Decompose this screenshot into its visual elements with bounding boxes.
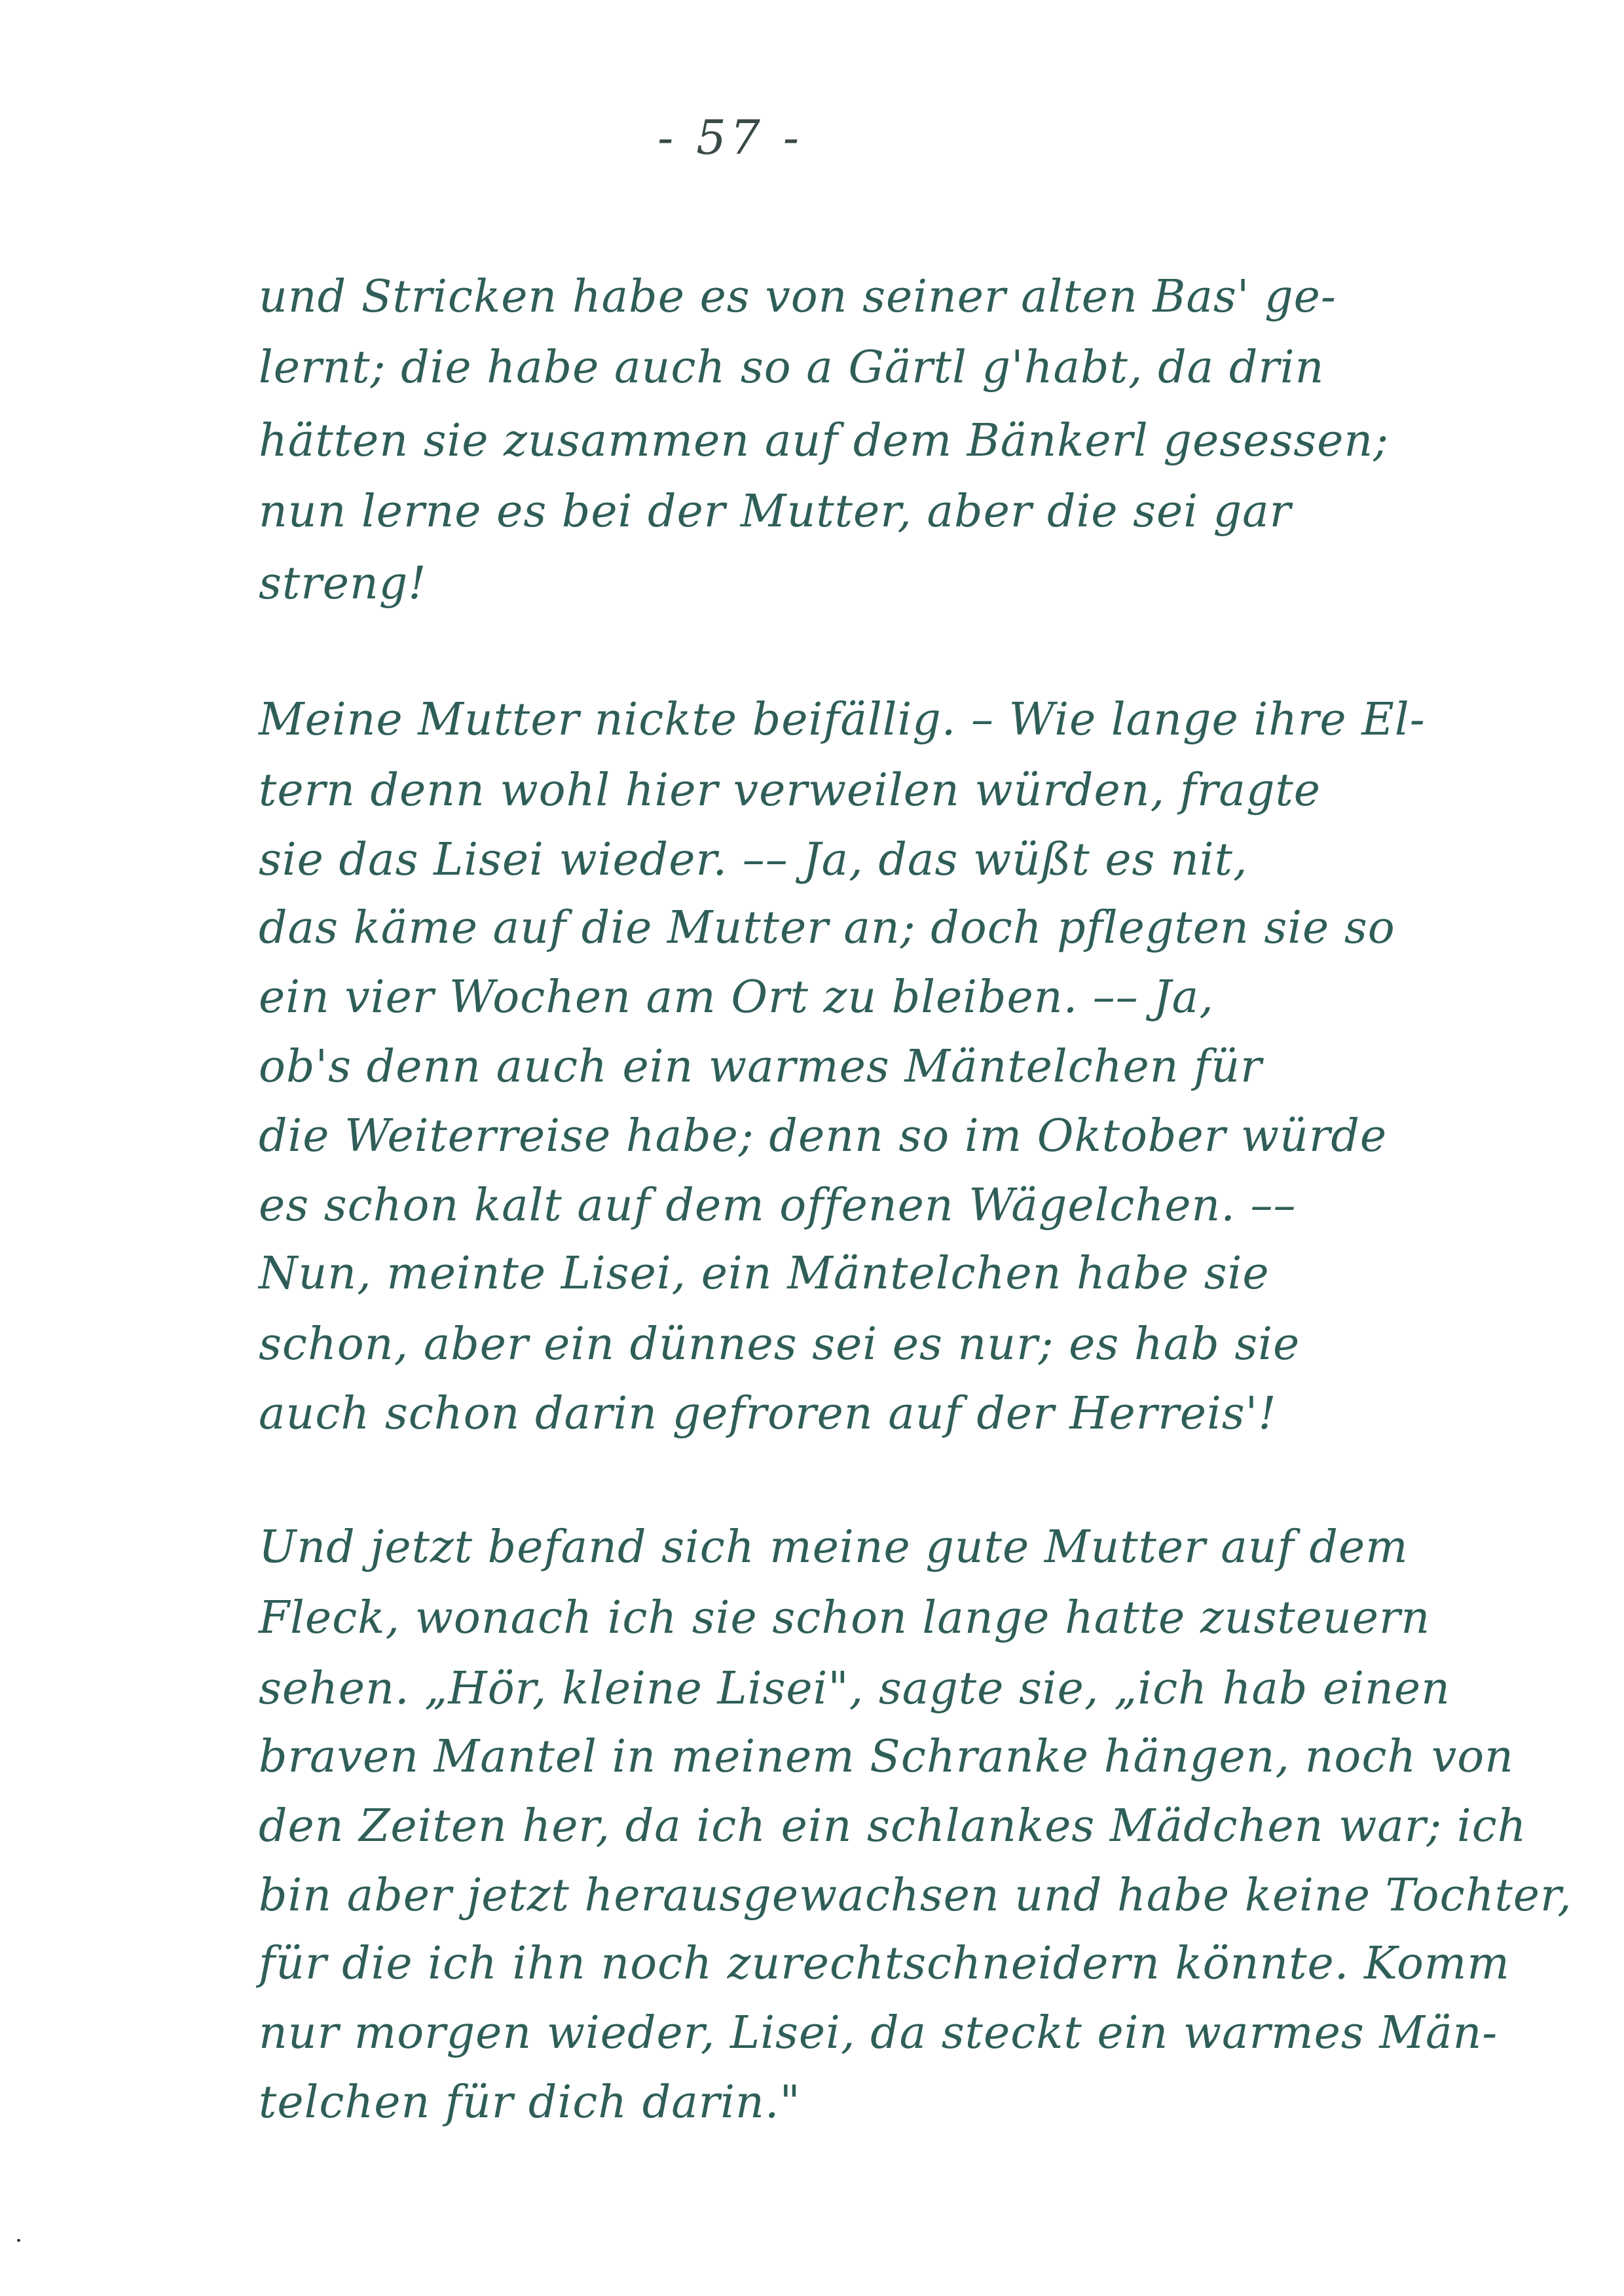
text-line: Nun, meinte Lisei, ein Mäntelchen habe s… — [259, 1252, 1270, 1296]
text-line: und Stricken habe es von seiner alten Ba… — [259, 275, 1337, 319]
text-line: Meine Mutter nickte beifällig. – Wie lan… — [259, 698, 1426, 742]
text-line: hätten sie zusammen auf dem Bänkerl gese… — [259, 419, 1389, 464]
text-line: nur morgen wieder, Lisei, da steckt ein … — [259, 2011, 1498, 2056]
text-line: nun lerne es bei der Mutter, aber die se… — [259, 490, 1291, 534]
handwritten-page: - 57 - und Stricken habe es von seiner a… — [0, 0, 1624, 2296]
text-line: das käme auf die Mutter an; doch pflegte… — [259, 906, 1395, 951]
text-line: es schon kalt auf dem offenen Wägelchen.… — [259, 1184, 1296, 1228]
text-line: ob's denn auch ein warmes Mäntelchen für — [259, 1045, 1263, 1089]
text-line: Und jetzt befand sich meine gute Mutter … — [259, 1525, 1409, 1570]
text-line: ein vier Wochen am Ort zu bleiben. –– Ja… — [259, 975, 1214, 1020]
page-number: - 57 - — [0, 110, 1460, 165]
text-line: für die ich ihn noch zurechtschneidern k… — [259, 1942, 1510, 1986]
text-line: tern denn wohl hier verweilen würden, fr… — [259, 769, 1321, 813]
text-line: schon, aber ein dünnes sei es nur; es ha… — [259, 1322, 1300, 1367]
text-line: die Weiterreise habe; denn so im Oktober… — [259, 1114, 1387, 1159]
text-line: bin aber jetzt herausgewachsen und habe … — [259, 1874, 1572, 1918]
scan-speck — [17, 2239, 20, 2242]
text-line: sehen. „Hör, kleine Lisei", sagte sie, „… — [259, 1667, 1450, 1711]
text-line: sie das Lisei wieder. –– Ja, das wüßt es… — [259, 838, 1248, 883]
text-line: auch schon darin gefroren auf der Herrei… — [259, 1392, 1277, 1436]
text-line: lernt; die habe auch so a Gärtl g'habt, … — [259, 346, 1324, 390]
text-line: streng! — [259, 562, 427, 606]
text-line: Fleck, wonach ich sie schon lange hatte … — [259, 1596, 1430, 1641]
text-line: braven Mantel in meinem Schranke hängen,… — [259, 1735, 1514, 1779]
text-line: den Zeiten her, da ich ein schlankes Mäd… — [259, 1804, 1526, 1849]
text-line: telchen für dich darin." — [259, 2081, 801, 2125]
